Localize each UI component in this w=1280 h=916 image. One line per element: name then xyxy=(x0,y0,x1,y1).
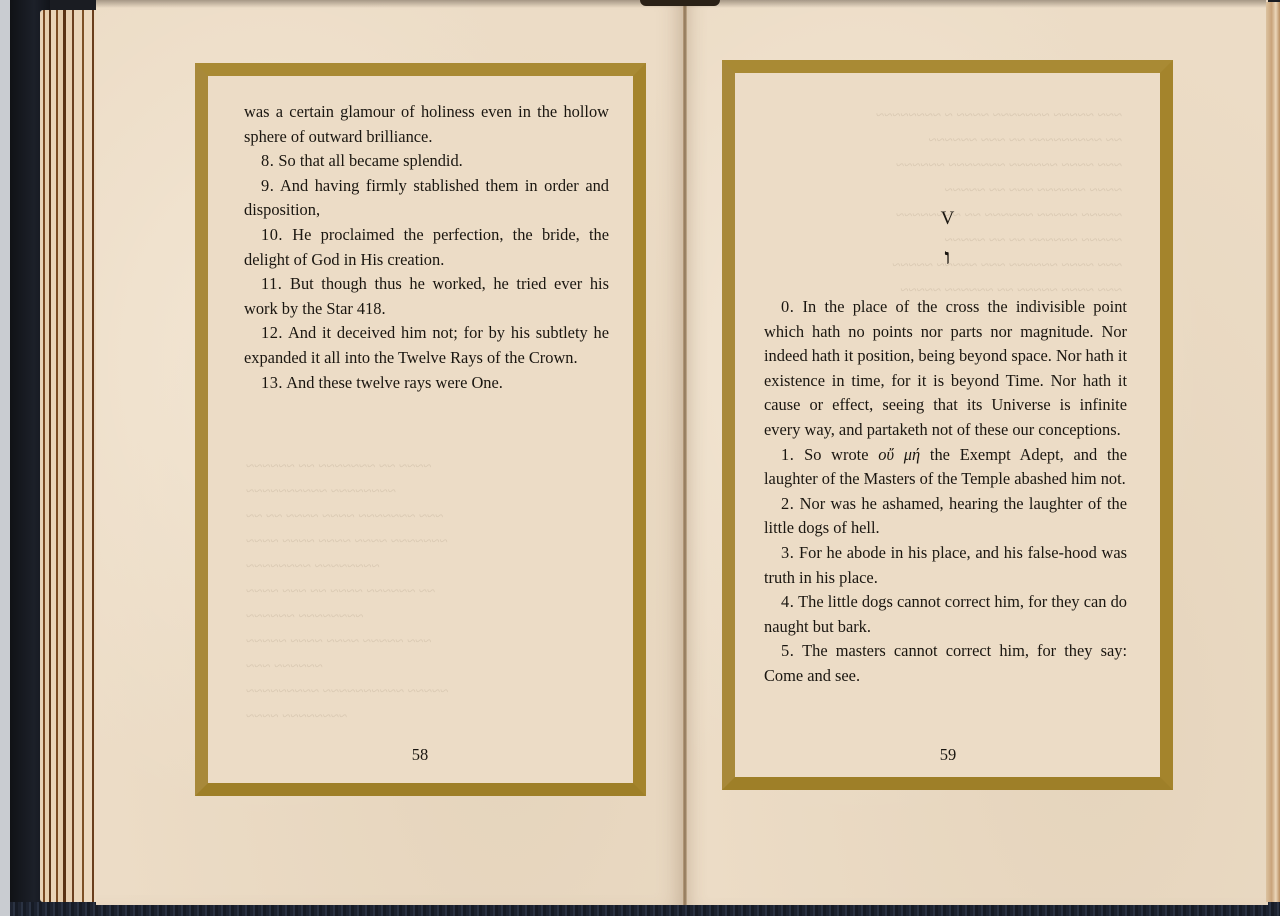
verse-11: 11. But though thus he worked, he tried … xyxy=(244,272,609,321)
verse-12: 12. And it deceived him not; for by his … xyxy=(244,321,609,370)
verse-text: So that all became splendid. xyxy=(278,151,462,170)
verse-number: 2. xyxy=(781,494,794,513)
verse-1: 1. So wrote οὔ μή the Exempt Adept, and … xyxy=(764,443,1127,492)
verse-text: And having firmly stablished them in ord… xyxy=(244,176,609,220)
verse-text: He proclaimed the perfection, the bride,… xyxy=(244,225,609,269)
verse-10: 10. He proclaimed the perfection, the br… xyxy=(244,223,609,272)
verse-text: The masters cannot correct him, for they… xyxy=(764,641,1127,685)
verse-number: 0. xyxy=(781,297,794,316)
hebrew-letter-vav: ו xyxy=(722,244,1173,270)
scanner-edge xyxy=(0,0,10,916)
verse-number: 5. xyxy=(781,641,794,660)
verse-text: And these twelve rays were One. xyxy=(286,373,503,392)
verse-number: 11. xyxy=(261,274,282,293)
left-page-text: was a certain glamour of holiness even i… xyxy=(244,100,609,395)
book-gutter xyxy=(683,0,687,905)
verse-number: 10. xyxy=(261,225,283,244)
verse-number: 12. xyxy=(261,323,283,342)
verse-text: And it deceived him not; for by his subt… xyxy=(244,323,609,367)
verse-8: 8. So that all became splendid. xyxy=(244,149,609,174)
verse-4: 4. The little dogs cannot correct him, f… xyxy=(764,590,1127,639)
verse-2: 2. Nor was he ashamed, hearing the laugh… xyxy=(764,492,1127,541)
right-page-edge xyxy=(1266,2,1280,902)
paragraph-text: was a certain glamour of holiness even i… xyxy=(244,102,609,146)
page-number-left: 58 xyxy=(380,745,460,765)
verse-text: The little dogs cannot correct him, for … xyxy=(764,592,1127,636)
verse-3: 3. For he abode in his place, and his fa… xyxy=(764,541,1127,590)
verse-9: 9. And having firmly stablished them in … xyxy=(244,174,609,223)
verse-text: But though thus he worked, he tried ever… xyxy=(244,274,609,318)
verse-text: So wrote xyxy=(804,445,868,464)
verse-number: 4. xyxy=(781,592,794,611)
right-page-text: 0. In the place of the cross the indivis… xyxy=(764,295,1127,689)
verse-number: 9. xyxy=(261,176,274,195)
paragraph-continuation: was a certain glamour of holiness even i… xyxy=(244,100,609,149)
page-edges-stack xyxy=(40,10,98,902)
verse-text: Nor was he ashamed, hearing the laughter… xyxy=(764,494,1127,538)
verse-13: 13. And these twelve rays were One. xyxy=(244,371,609,396)
chapter-numeral: V xyxy=(722,208,1173,230)
verse-number: 3. xyxy=(781,543,794,562)
verse-5: 5. The masters cannot correct him, for t… xyxy=(764,639,1127,688)
page-number-right: 59 xyxy=(908,745,988,765)
greek-phrase: οὔ μή xyxy=(878,445,920,464)
verse-number: 8. xyxy=(261,151,274,170)
verse-number: 1. xyxy=(781,445,794,464)
verse-text: In the place of the cross the indivisibl… xyxy=(764,297,1127,439)
verse-number: 13. xyxy=(261,373,283,392)
verse-0: 0. In the place of the cross the indivis… xyxy=(764,295,1127,443)
spine-top xyxy=(640,0,720,6)
verse-text: For he abode in his place, and his false… xyxy=(764,543,1127,587)
